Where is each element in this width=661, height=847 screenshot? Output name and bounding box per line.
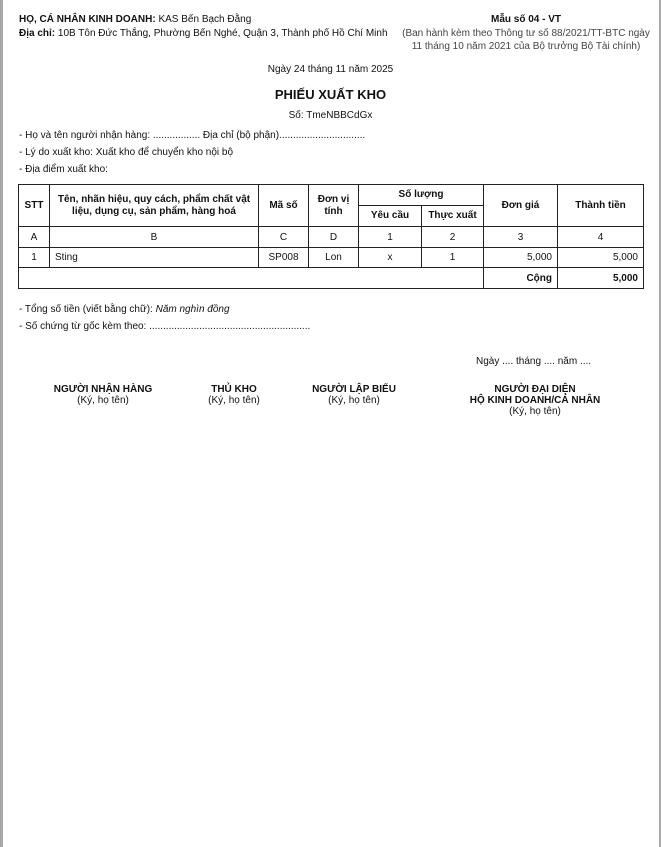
cell-actual: 1: [422, 248, 484, 268]
table-row: 1 Sting SP008 Lon x 1 5,000 5,000: [19, 248, 644, 268]
header-amount: Thành tiền: [558, 185, 644, 227]
sign-date: Ngày .... tháng .... năm ....: [476, 356, 591, 367]
signature-note: (Ký, họ tên): [328, 395, 380, 406]
document-date: Ngày 24 tháng 11 năm 2025: [0, 64, 661, 75]
index-cell: D: [309, 227, 359, 248]
cell-requested: x: [359, 248, 422, 268]
signature-role-line2: HỘ KINH DOANH/CÁ NHÂN: [455, 395, 615, 406]
header-code: Mã số: [259, 185, 309, 227]
signature-role: NGƯỜI LẬP BIỂU: [294, 384, 414, 395]
business-name: KAS Bến Bạch Đằng: [158, 14, 251, 25]
header-unit-price: Đơn giá: [484, 185, 558, 227]
index-cell: B: [50, 227, 259, 248]
document-title: PHIẾU XUẤT KHO: [0, 87, 661, 102]
signature-role-line1: NGƯỜI ĐẠI DIỆN: [455, 384, 615, 395]
form-info: Mẫu số 04 - VT (Ban hành kèm theo Thông …: [385, 13, 661, 53]
header-actual: Thực xuất: [422, 206, 484, 227]
total-label: Cộng: [484, 268, 558, 289]
total-spacer: [19, 268, 484, 289]
index-cell: A: [19, 227, 50, 248]
reason-line: - Lý do xuất kho: Xuất kho để chuyển kho…: [19, 147, 233, 158]
signature-note: (Ký, họ tên): [509, 406, 561, 417]
signature-preparer: NGƯỜI LẬP BIỂU (Ký, họ tên): [294, 384, 414, 406]
cell-unit-price: 5,000: [484, 248, 558, 268]
index-cell: 1: [359, 227, 422, 248]
signature-role: THỦ KHO: [174, 384, 294, 395]
index-cell: 4: [558, 227, 644, 248]
signature-note: (Ký, họ tên): [208, 395, 260, 406]
address-value: 10B Tôn Đức Thắng, Phường Bến Nghé, Quận…: [58, 28, 388, 39]
attachments-line: - Số chứng từ gốc kèm theo: ............…: [19, 321, 310, 332]
header-quantity: Số lượng: [359, 185, 484, 206]
header-name: Tên, nhãn hiệu, quy cách, phẩm chất vật …: [50, 185, 259, 227]
receiver-line: - Họ và tên người nhận hàng: ...........…: [19, 130, 365, 141]
document-number: Số: TmeNBBCdGx: [0, 110, 661, 121]
signature-note: (Ký, họ tên): [77, 395, 129, 406]
address-label: Địa chỉ:: [19, 28, 55, 39]
table-index-row: A B C D 1 2 3 4: [19, 227, 644, 248]
table-total-row: Cộng 5,000: [19, 268, 644, 289]
business-label: HỌ, CÁ NHÂN KINH DOANH:: [19, 14, 156, 25]
total-words-value: Năm nghìn đồng: [156, 304, 230, 315]
total-words-label: - Tổng số tiền (viết bằng chữ):: [19, 304, 153, 315]
cell-unit: Lon: [309, 248, 359, 268]
header-requested: Yêu cầu: [359, 206, 422, 227]
business-info: HỌ, CÁ NHÂN KINH DOANH: KAS Bến Bạch Đằn…: [19, 13, 388, 41]
form-number: Mẫu số 04 - VT: [385, 13, 661, 26]
index-cell: 3: [484, 227, 558, 248]
header-unit: Đơn vị tính: [309, 185, 359, 227]
location-line: - Địa điểm xuất kho:: [19, 164, 108, 175]
cell-name: Sting: [50, 248, 259, 268]
goods-table: STT Tên, nhãn hiệu, quy cách, phẩm chất …: [18, 184, 644, 289]
signature-receiver: NGƯỜI NHẬN HÀNG (Ký, họ tên): [43, 384, 163, 406]
total-words-line: - Tổng số tiền (viết bằng chữ): Năm nghì…: [19, 304, 230, 315]
cell-amount: 5,000: [558, 248, 644, 268]
cell-code: SP008: [259, 248, 309, 268]
signature-storekeeper: THỦ KHO (Ký, họ tên): [174, 384, 294, 406]
table-header-row: STT Tên, nhãn hiệu, quy cách, phẩm chất …: [19, 185, 644, 206]
index-cell: C: [259, 227, 309, 248]
signature-role: NGƯỜI NHẬN HÀNG: [43, 384, 163, 395]
cell-stt: 1: [19, 248, 50, 268]
form-note-line2: 11 tháng 10 năm 2021 của Bộ trưởng Bộ Tà…: [385, 40, 661, 53]
total-value: 5,000: [558, 268, 644, 289]
business-line: HỌ, CÁ NHÂN KINH DOANH: KAS Bến Bạch Đằn…: [19, 13, 388, 27]
signature-representative: NGƯỜI ĐẠI DIỆN HỘ KINH DOANH/CÁ NHÂN (Ký…: [455, 384, 615, 417]
header-stt: STT: [19, 185, 50, 227]
address-line: Địa chỉ: 10B Tôn Đức Thắng, Phường Bến N…: [19, 27, 388, 41]
index-cell: 2: [422, 227, 484, 248]
form-note-line1: (Ban hành kèm theo Thông tư số 88/2021/T…: [385, 27, 661, 40]
page-edge-left: [0, 0, 3, 847]
